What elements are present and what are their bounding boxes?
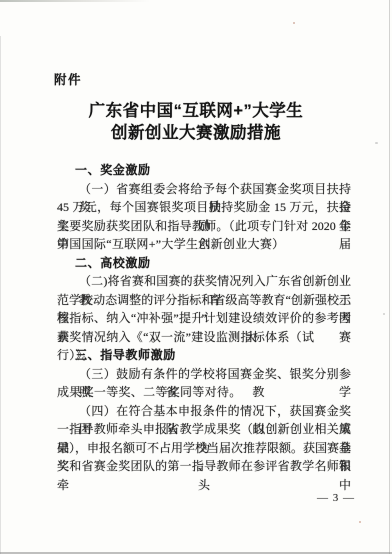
- scan-speck: [375, 142, 378, 144]
- scan-speck: [359, 521, 361, 523]
- document-body: 一、奖金激励（一）省赛组委会将给予每个获国赛金奖项目扶持奖励金45 万元，每个国…: [57, 161, 351, 476]
- text-line: 获奖情况纳入《“双一流”建设监测指标体系（试行）》。: [57, 328, 351, 347]
- document-title: 广东省中国“互联网+”大学生 创新创业大赛激励措施: [49, 101, 343, 144]
- document-title-line1: 广东省中国“互联网+”大学生: [49, 101, 343, 123]
- document-title-line2: 创新创业大赛激励措施: [49, 123, 343, 145]
- scanned-document-page: 附件 广东省中国“互联网+”大学生 创新创业大赛激励措施 一、奖金激励（一）省赛…: [0, 0, 392, 554]
- text-line: 主要奖励获奖团队和指导教师。（此项专门针对 2020 年第六届: [57, 217, 351, 236]
- scan-artifact-top: [0, 0, 150, 2]
- section-heading: 一、奖金激励: [57, 161, 351, 180]
- page-number: — 3 —: [317, 492, 355, 504]
- text-line: 一指导教师牵头申报省教学成果奖（以创新创业相关成果为基: [57, 420, 351, 439]
- section-heading: 二、高校激励: [57, 254, 351, 273]
- text-line: （四）在符合基本申报条件的情况下，获国赛金奖团队的第: [57, 402, 351, 421]
- text-line: 范学校动态调整的评分指标和省级高等教育“创新强校工程”考: [57, 291, 351, 310]
- scan-speck: [293, 22, 295, 24]
- section-heading: 三、指导教师激励: [57, 346, 351, 365]
- text-line: 奖和省赛金奖团队的第一指导教师在参评省教学名师和牵头中: [57, 457, 351, 476]
- text-line: 核指标、纳入“冲补强”提升计划建设绩效评价的参考因素。大赛: [57, 309, 351, 328]
- text-line: 45 万元，每个国赛银奖项目扶持奖励金 15 万元，扶持奖励金: [57, 198, 351, 217]
- text-line: （二)将省赛和国赛的获奖情况列入广东省创新创业教育示: [57, 272, 351, 291]
- text-line: （一）省赛组委会将给予每个获国赛金奖项目扶持奖励金: [57, 180, 351, 199]
- text-line: （三）鼓励有条件的学校将国赛金奖、银奖分别参照省教学: [57, 365, 351, 384]
- scan-speck: [383, 313, 385, 315]
- text-line: 础），申报名额可不占用学校当届次推荐限额。获国赛金奖、银: [57, 439, 351, 458]
- scan-artifact-right-edge: [389, 0, 390, 554]
- attachment-label: 附件: [54, 70, 82, 88]
- scan-artifact-left-edge: [0, 36, 1, 554]
